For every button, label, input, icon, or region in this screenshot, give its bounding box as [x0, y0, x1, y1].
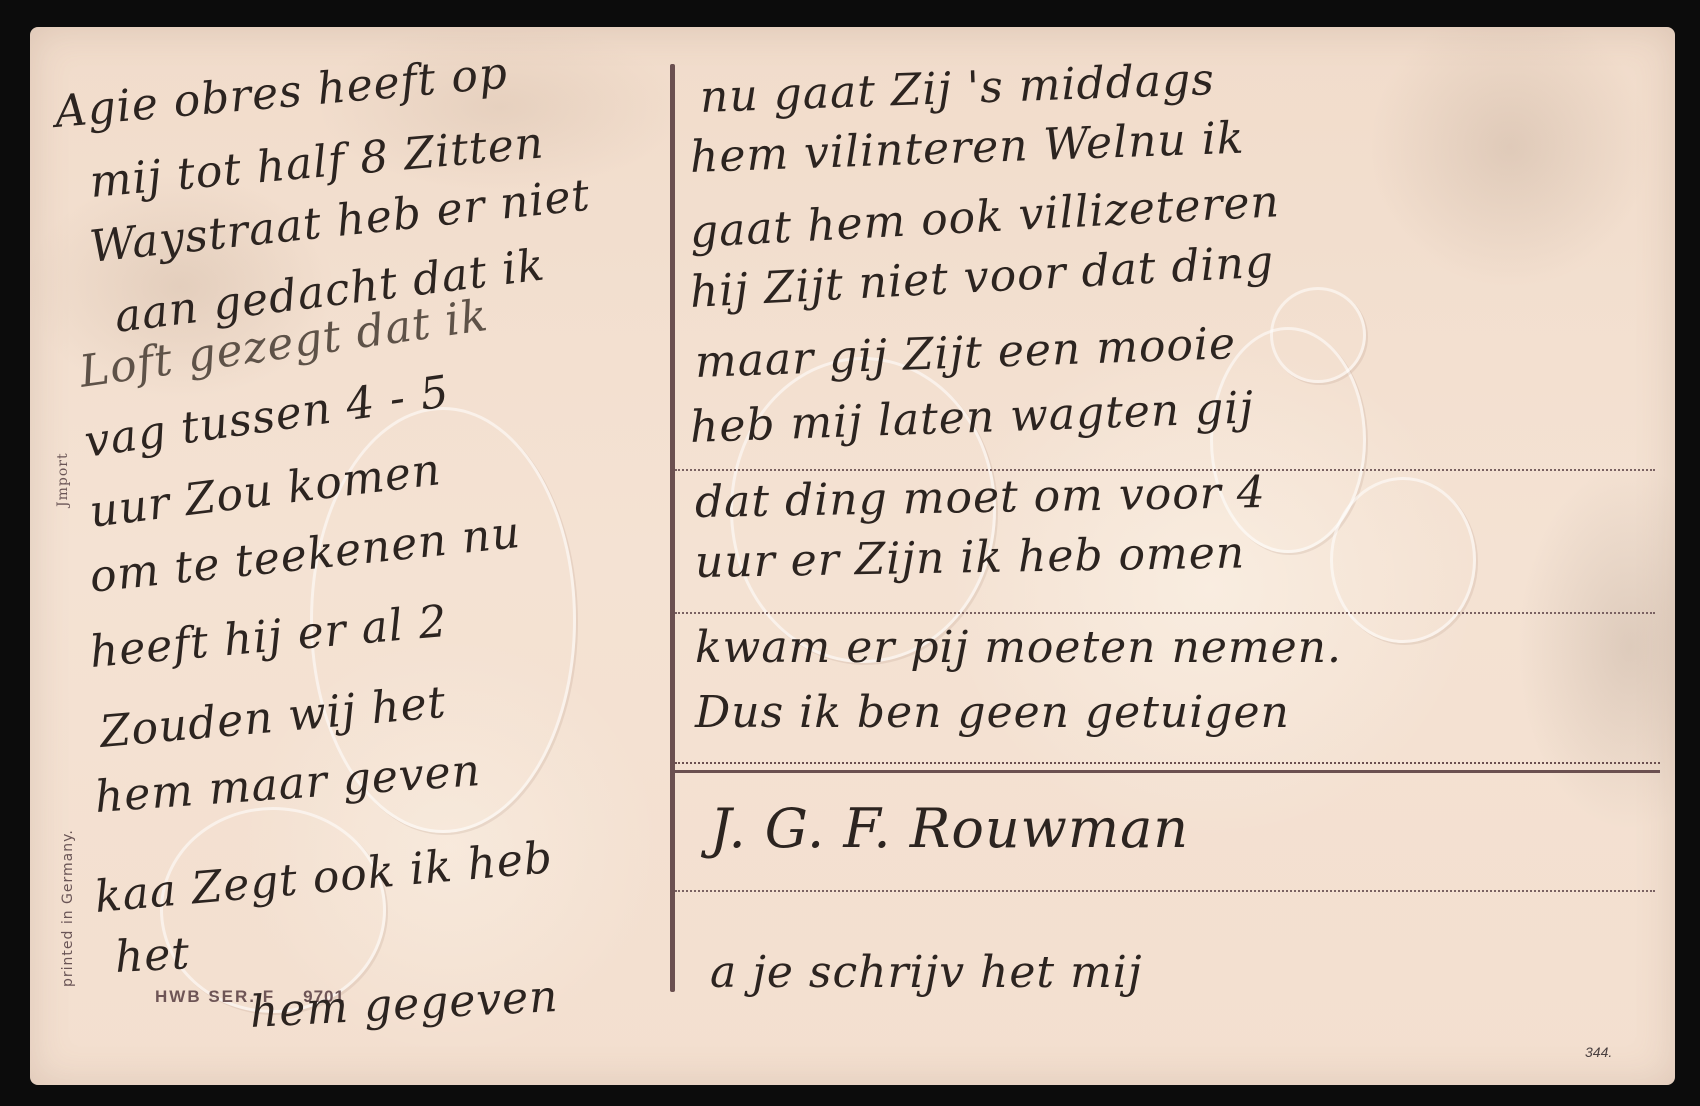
handwritten-line: uur er Zijn ik heb omen [695, 527, 1246, 588]
printed-in-germany-label: printed in Germany. [60, 829, 76, 987]
center-divider-line [670, 64, 675, 992]
import-label: Jmport [55, 452, 71, 507]
embossed-ornament [1330, 477, 1476, 643]
address-line: a je schrijv het mij [710, 947, 1143, 998]
address-rule-heavy [675, 762, 1660, 773]
catalog-number: 344. [1585, 1044, 1612, 1060]
address-rule [675, 890, 1655, 892]
handwritten-line: maar gij Zijt een mooie [694, 318, 1237, 388]
handwritten-line: dat ding moet om voor 4 [695, 467, 1267, 528]
handwritten-line: kwam er pij moeten nemen. [695, 622, 1342, 673]
embossed-ornament [1270, 287, 1366, 383]
signature: J. G. F. Rouwman [710, 797, 1189, 860]
handwritten-line: nu gaat Zij 's middags [699, 54, 1215, 123]
handwritten-line: heb mij laten wagten gij [689, 382, 1255, 453]
handwritten-line: hem vilinteren Welnu ik [689, 113, 1245, 183]
handwritten-line: Agie obres heeft op [53, 47, 510, 137]
address-rule [675, 612, 1655, 614]
handwritten-line: het [114, 928, 192, 983]
handwritten-line: Dus ik ben geen getuigen [695, 687, 1290, 738]
postcard-scan: Jmport printed in Germany. HWB SER. F970… [0, 0, 1700, 1106]
postcard-back: Jmport printed in Germany. HWB SER. F970… [30, 27, 1675, 1085]
